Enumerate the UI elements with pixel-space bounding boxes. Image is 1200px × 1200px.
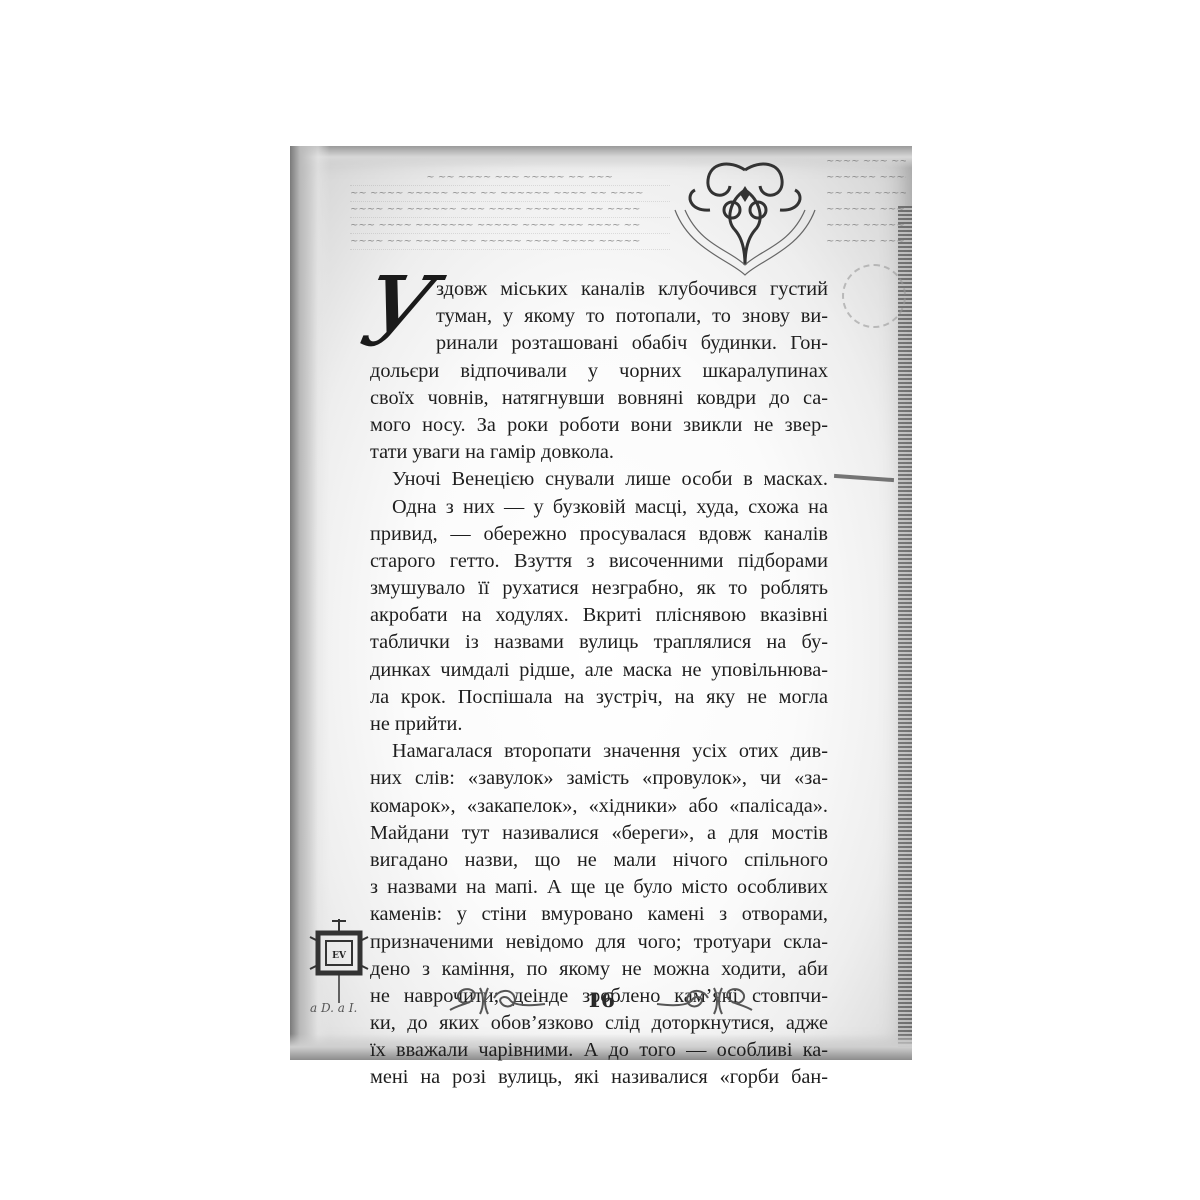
page-edge-right: [898, 206, 912, 1060]
paragraph: Уночі Венецією снували лише особи в маск…: [370, 466, 828, 493]
text-line: них слів: «завулок» замість «провулок», …: [370, 765, 828, 792]
text-line: туман, у якому то потопали, то знову ви-: [370, 303, 828, 330]
text-line: їх вважали чарівними. А до того — особли…: [370, 1037, 828, 1064]
baroque-flourish-icon: [670, 150, 820, 280]
text-line: Одна з них — у бузковій масці, худа, схо…: [370, 494, 828, 521]
signature-mark: a D. a I.: [310, 1001, 357, 1015]
text-line: не прийти.: [370, 711, 828, 738]
text-line: привид, — обережно просувалася вдовж кан…: [370, 521, 828, 548]
text-line: акробати на ходулях. Вкриті пліснявою вк…: [370, 602, 828, 629]
book-page: ~ ~~ ~~~~ ~~~ ~~~~~ ~~ ~~~ ~~ ~~~~ ~~~~~…: [290, 146, 912, 1060]
body-text: У здовж міських каналів клубочився густи…: [370, 276, 828, 1092]
text-line: дено з каміння, по якому не можна ходити…: [370, 956, 828, 983]
text-line: мого носу. За роки роботи вони звикли не…: [370, 412, 828, 439]
text-line: своїх човнів, натягнувши вовняні ковдри …: [370, 385, 828, 412]
text-line: Уночі Венецією снували лише особи в маск…: [370, 466, 828, 493]
text-line: Намагалася второпати значення усіх отих …: [370, 738, 828, 765]
scroll-flourish-icon: [652, 984, 762, 1018]
paragraph: Намагалася второпати значення усіх отих …: [370, 738, 828, 1091]
ink-stroke: [834, 474, 894, 482]
paragraph: Одна з них — у бузковій масці, худа, схо…: [370, 494, 828, 739]
text-line: ла крок. Поспішала на зустріч, на яку не…: [370, 684, 828, 711]
text-line: таблички із назвами вулиць траплялися на…: [370, 629, 828, 656]
manuscript-background: ~ ~~ ~~~~ ~~~ ~~~~~ ~~ ~~~ ~~ ~~~~ ~~~~~…: [350, 170, 670, 250]
text-line: динках чимдалі рідше, але маска не упові…: [370, 657, 828, 684]
text-line: старого гетто. Взуття з височенними підб…: [370, 548, 828, 575]
manuscript-margin: ~~~~ ~~~ ~~~ ~~~~~~ ~~~~ ~~ ~~~ ~~~~ ~~~…: [826, 154, 906, 250]
svg-text:EV: EV: [332, 951, 347, 961]
text-line: змушувало її рухатися незграбно, як то р…: [370, 575, 828, 602]
text-line: тати уваги на гамір довкола.: [370, 439, 828, 466]
text-line: каменів: у стіни вмуровано камені з отво…: [370, 901, 828, 928]
text-line: мені на розі вулиць, які називалися «гор…: [370, 1064, 828, 1091]
text-line: ринали розташовані обабіч будинки. Гон-: [370, 330, 828, 357]
text-line: комарок», «закапелок», «хідники» або «па…: [370, 793, 828, 820]
text-line: Майдани тут називалися «береги», а для м…: [370, 820, 828, 847]
seal-stamp-icon: [842, 264, 906, 328]
page-number: 16: [586, 988, 616, 1012]
text-line: призначеними невідомо для чого; тротуари…: [370, 929, 828, 956]
text-line: дольєри відпочивали у чорних шкаралупина…: [370, 358, 828, 385]
paragraph: здовж міських каналів клубочився густий …: [370, 276, 828, 466]
text-line: з назвами на мапі. А ще це було місто ос…: [370, 874, 828, 901]
scroll-flourish-icon: [440, 984, 550, 1018]
text-line: вигадано назви, що не мали нічого спільн…: [370, 847, 828, 874]
page-footer: 16: [440, 984, 762, 1018]
